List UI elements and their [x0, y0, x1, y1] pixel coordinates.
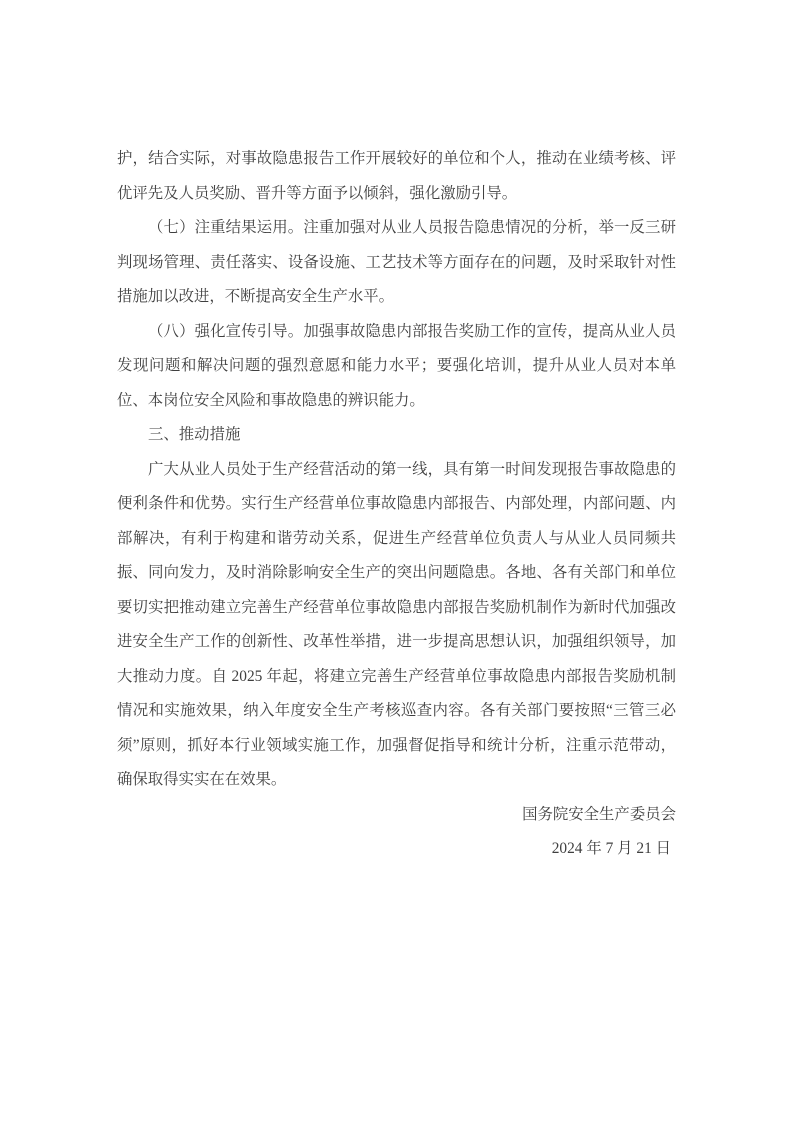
document-line: 三、推动措施 [117, 418, 676, 453]
document-line: 进安全生产工作的创新性、改革性举措，进一步提高思想认识，加强组织领导，加 [117, 625, 676, 660]
document-page: 护，结合实际，对事故隐患报告工作开展较好的单位和个人，推动在业绩考核、评优评先及… [0, 0, 794, 1123]
document-line: 要切实把推动建立完善生产经营单位事故隐患内部报告奖励机制作为新时代加强改 [117, 591, 676, 626]
document-line: 措施加以改进，不断提高安全生产水平。 [117, 280, 676, 315]
document-line: 广大从业人员处于生产经营活动的第一线，具有第一时间发现报告事故隐患的 [117, 453, 676, 488]
document-paragraphs: 护，结合实际，对事故隐患报告工作开展较好的单位和个人，推动在业绩考核、评优评先及… [117, 142, 676, 798]
document-line: 位、本岗位安全风险和事故隐患的辨识能力。 [117, 384, 676, 419]
signature-date: 2024 年 7 月 21 日 [117, 832, 676, 867]
document-line: 部解决，有利于构建和谐劳动关系，促进生产经营单位负责人与从业人员同频共 [117, 522, 676, 557]
document-line: （七）注重结果运用。注重加强对从业人员报告隐患情况的分析，举一反三研 [117, 211, 676, 246]
document-line: 须”原则，抓好本行业领域实施工作，加强督促指导和统计分析，注重示范带动， [117, 729, 676, 764]
document-line: （八）强化宣传引导。加强事故隐患内部报告奖励工作的宣传，提高从业人员 [117, 315, 676, 350]
document-line: 优评先及人员奖励、晋升等方面予以倾斜，强化激励引导。 [117, 177, 676, 212]
document-line: 判现场管理、责任落实、设备设施、工艺技术等方面存在的问题，及时采取针对性 [117, 246, 676, 281]
document-line: 振、同向发力，及时消除影响安全生产的突出问题隐患。各地、各有关部门和单位 [117, 556, 676, 591]
document-line: 护，结合实际，对事故隐患报告工作开展较好的单位和个人，推动在业绩考核、评 [117, 142, 676, 177]
document-line: 大推动力度。自 2025 年起，将建立完善生产经营单位事故隐患内部报告奖励机制 [117, 660, 676, 695]
document-body: 护，结合实际，对事故隐患报告工作开展较好的单位和个人，推动在业绩考核、评优评先及… [117, 142, 676, 867]
document-line: 确保取得实实在在效果。 [117, 763, 676, 798]
document-line: 便利条件和优势。实行生产经营单位事故隐患内部报告、内部处理，内部问题、内 [117, 487, 676, 522]
document-line: 发现问题和解决问题的强烈意愿和能力水平；要强化培训，提升从业人员对本单 [117, 349, 676, 384]
signature-author: 国务院安全生产委员会 [117, 798, 676, 833]
document-line: 情况和实施效果，纳入年度安全生产考核巡查内容。各有关部门要按照“三管三必 [117, 694, 676, 729]
